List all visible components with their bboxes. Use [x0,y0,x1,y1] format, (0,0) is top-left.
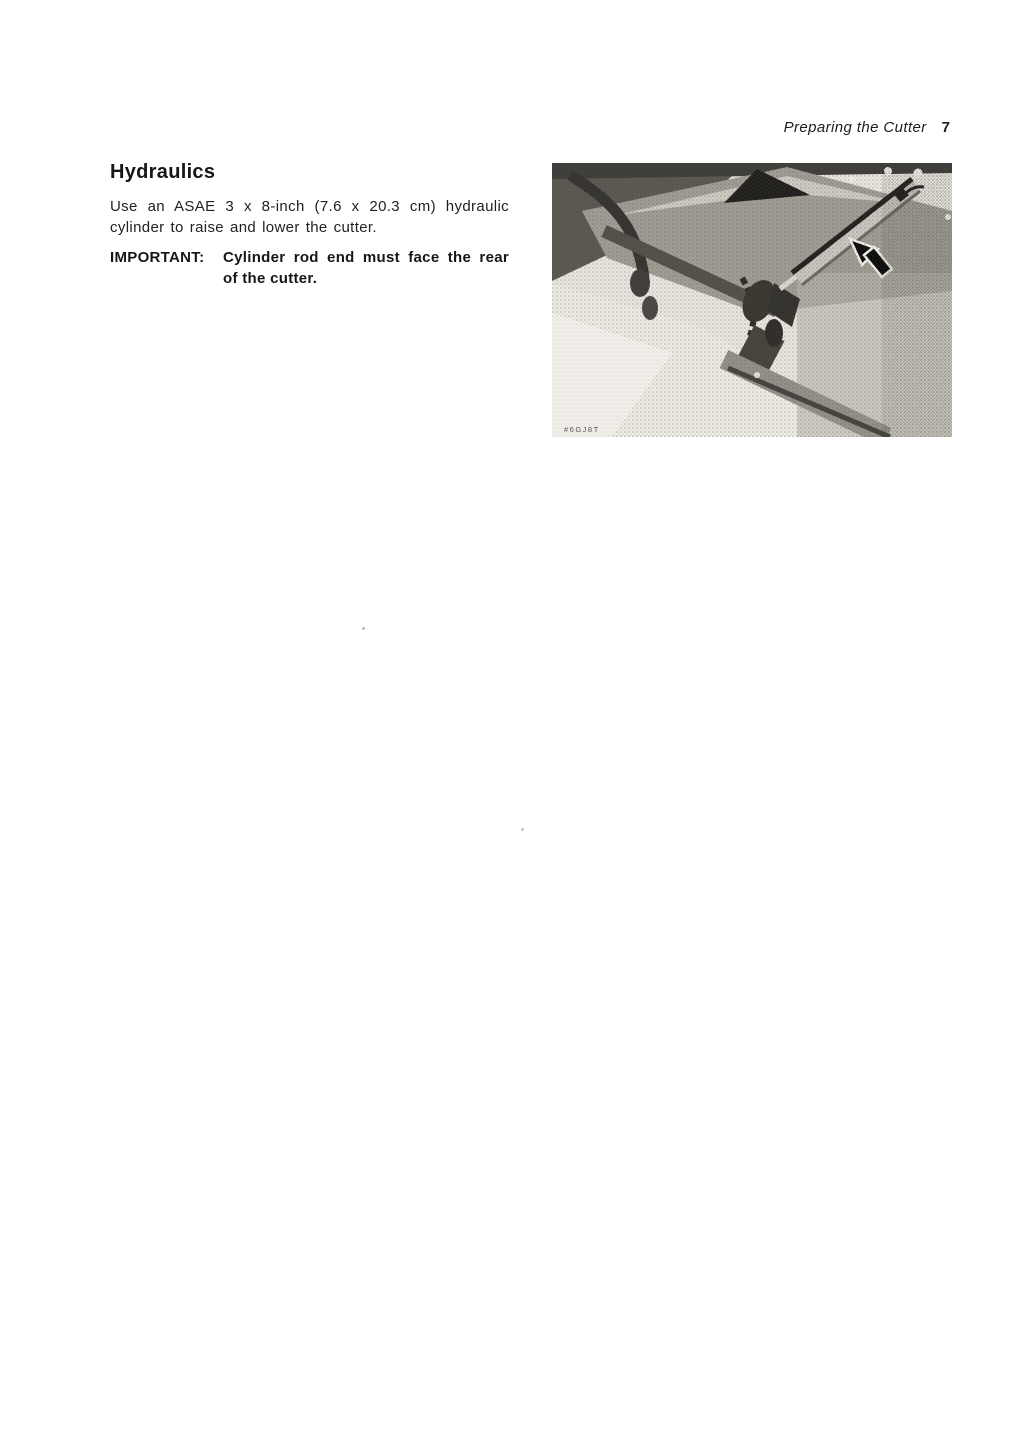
important-label: IMPORTANT: [110,247,223,289]
body-paragraph: Use an ASAE 3 x 8-inch (7.6 x 20.3 cm) h… [110,196,509,238]
important-line: of the cutter. [223,268,509,289]
paragraph-line: cylinder to raise and lower the cutter. [110,217,509,238]
running-title: Preparing the Cutter [784,119,927,136]
scan-speck [521,828,524,831]
important-line: Cylinder rod end must face the rear [223,247,509,268]
scan-speck [362,627,365,630]
paragraph-line: Use an ASAE 3 x 8-inch (7.6 x 20.3 cm) h… [110,196,509,217]
page-number: 7 [942,119,950,136]
photo-code: #6GJ8T [564,425,600,434]
cutter-photo-illustration: #6GJ8T [552,163,952,437]
important-text: Cylinder rod end must face the rear of t… [223,247,509,289]
running-header: Preparing the Cutter7 [0,119,950,136]
halftone-overlay-dark [882,163,952,437]
cutter-photo: #6GJ8T [552,163,952,437]
manual-page: Preparing the Cutter7 Hydraulics Use an … [0,0,1024,1449]
important-note: IMPORTANT: Cylinder rod end must face th… [110,247,509,289]
section-heading: Hydraulics [110,161,215,184]
